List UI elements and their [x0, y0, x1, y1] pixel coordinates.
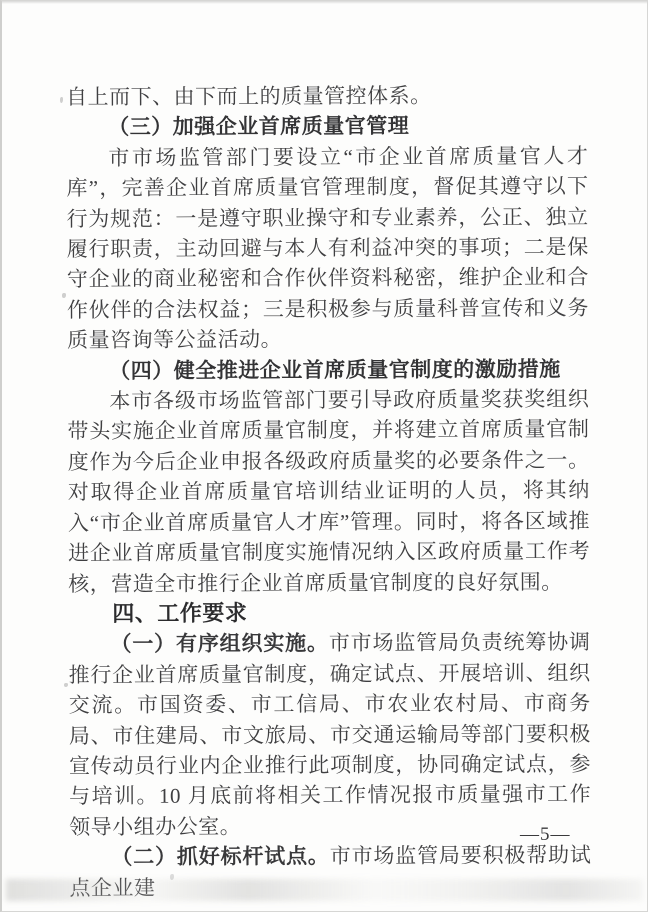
scan-speck [60, 97, 63, 103]
page-number: —5— [520, 824, 571, 846]
paragraph-work-item-one: （一）有序组织实施。市市场监管局负责统筹协调推行企业首席质量官制度，确定试点、开… [68, 627, 591, 842]
heading-part-four-work-requirements: 四、工作要求 [68, 597, 590, 630]
paragraph-work-item-two: （二）抓好标杆试点。市市场监管局要积极帮助试点企业建 [69, 840, 591, 903]
scan-top-edge [2, 1, 647, 4]
paragraph-continuation: 自上而下、由下而上的质量管控体系。 [66, 80, 588, 113]
paragraph-section-four: 本市各级市场监管部门要引导政府质量奖获奖组织带头实施企业首席质量官制度，并将建立… [67, 384, 590, 599]
document-text-block: 自上而下、由下而上的质量管控体系。 （三）加强企业首席质量官管理 市市场监管部门… [66, 80, 592, 903]
paragraph-section-three: 市市场监管部门要设立“市企业首席质量官人才库”，完善企业首席质量官管理制度，督促… [66, 141, 589, 356]
work-item-two-lead: （二）抓好标杆试点。 [111, 844, 329, 869]
scan-speck [62, 293, 66, 298]
heading-section-four: （四）健全推进企业首席质量官制度的激励措施 [67, 354, 589, 387]
scanned-document-page: 自上而下、由下而上的质量管控体系。 （三）加强企业首席质量官管理 市市场监管部门… [0, 0, 648, 912]
work-item-one-lead: （一）有序组织实施。 [110, 631, 328, 656]
heading-section-three: （三）加强企业首席质量官管理 [66, 110, 588, 143]
work-item-one-body: 市市场监管局负责统筹协调推行企业首席质量官制度，确定试点、开展培训、组织交流。市… [69, 630, 592, 839]
scan-speck [64, 683, 68, 687]
